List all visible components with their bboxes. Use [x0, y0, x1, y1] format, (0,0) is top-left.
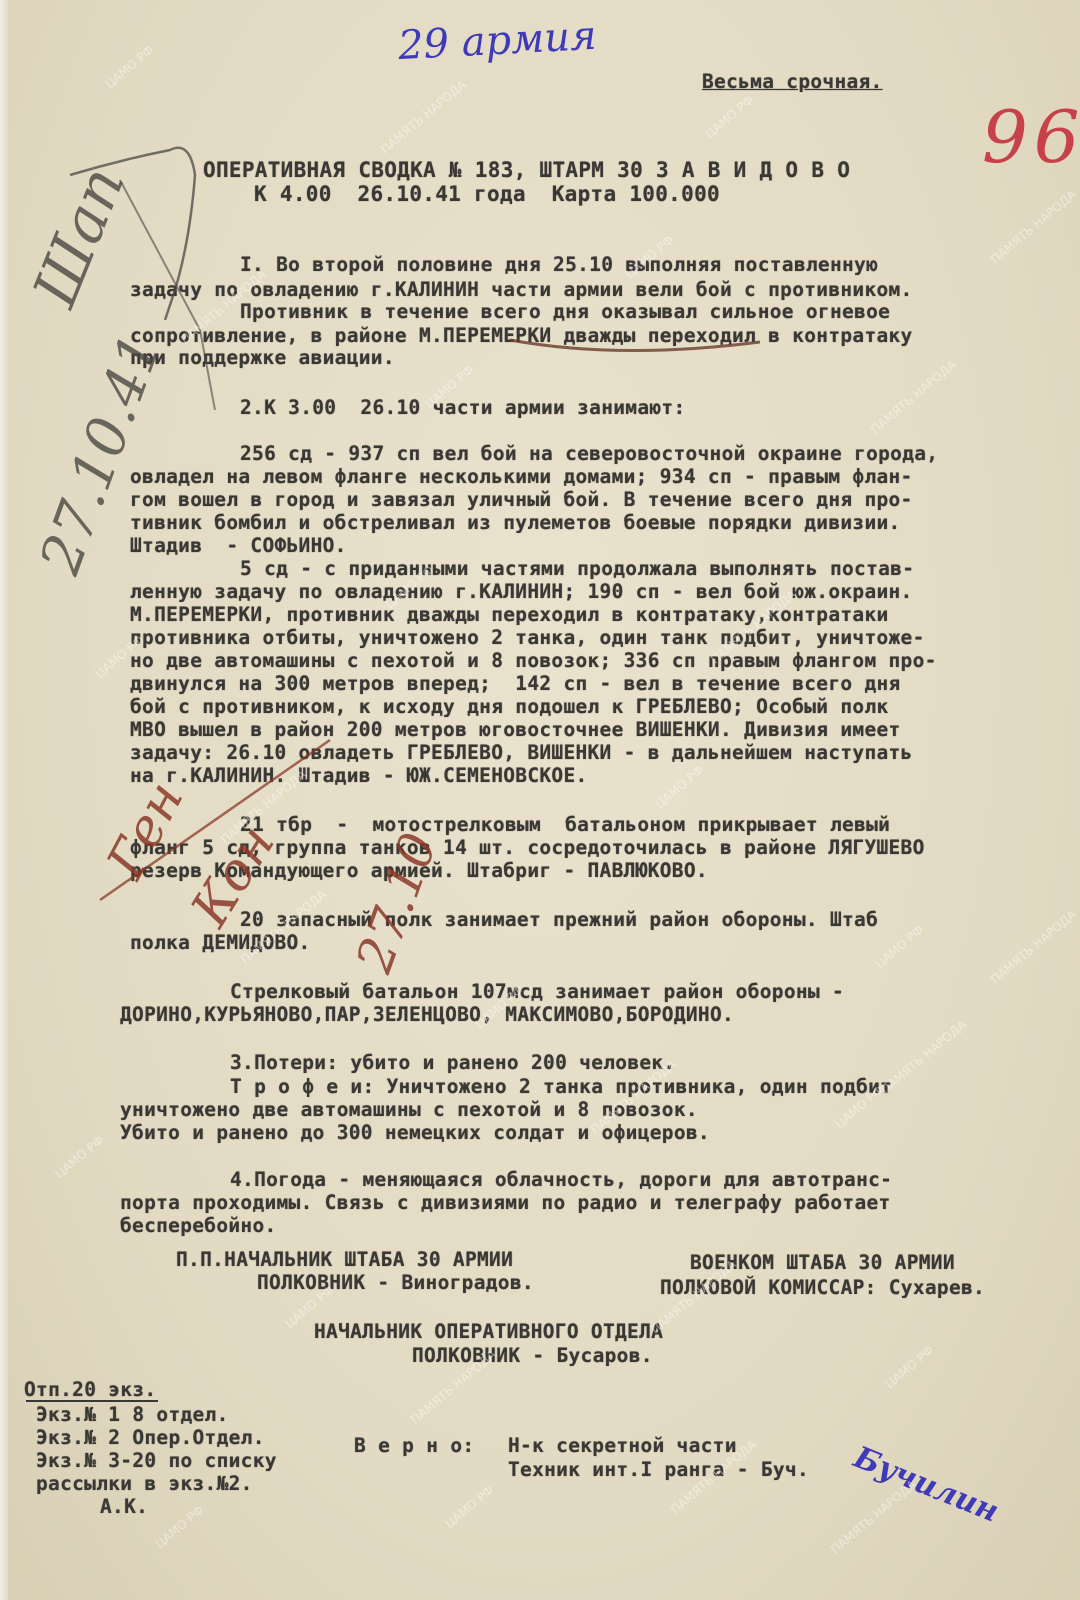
ink-strokes [0, 0, 1080, 1600]
